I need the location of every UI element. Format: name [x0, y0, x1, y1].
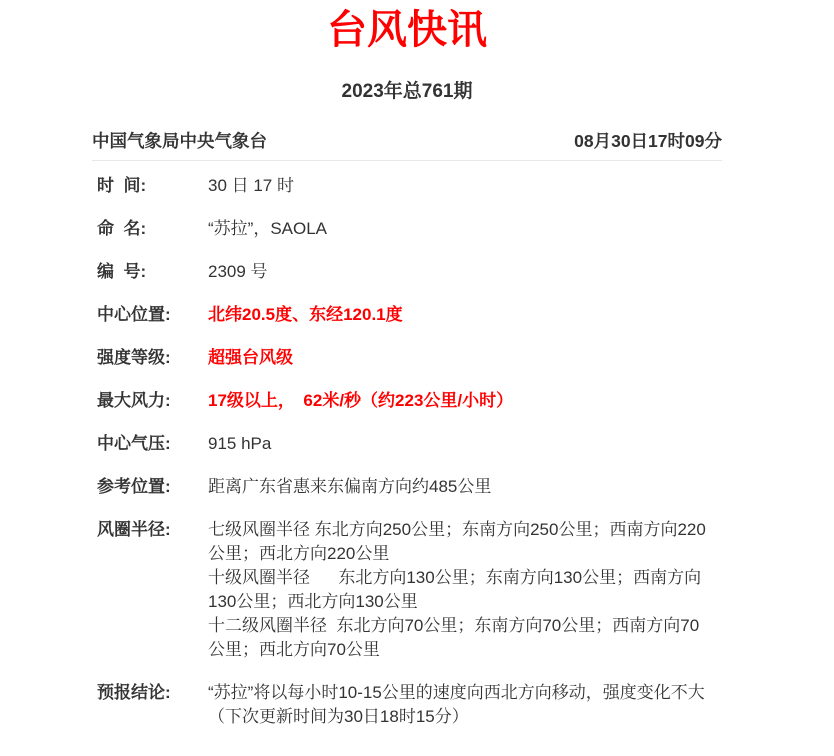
field-label: 编 号:	[97, 260, 208, 284]
field-value: 超强台风级	[208, 346, 713, 370]
field-label: 中心气压:	[97, 432, 208, 456]
field-value: 2309 号	[208, 260, 713, 284]
field-value: 17级以上， 62米/秒（约223公里/小时）	[208, 389, 713, 413]
field-row: 中心位置: 北纬20.5度、东经120.1度	[97, 303, 722, 327]
page-title: 台风快讯	[92, 6, 722, 54]
field-label: 中心位置:	[97, 303, 208, 327]
field-row: 预报结论: “苏拉”将以每小时10-15公里的速度向西北方向移动，强度变化不大 …	[97, 681, 722, 729]
field-label: 最大风力:	[97, 389, 208, 413]
field-value: “苏拉”将以每小时10-15公里的速度向西北方向移动，强度变化不大 （下次更新时…	[208, 681, 713, 729]
field-row: 参考位置: 距离广东省惠来东偏南方向约485公里	[97, 475, 722, 499]
field-row: 风圈半径: 七级风圈半径 东北方向250公里；东南方向250公里；西南方向220…	[97, 518, 722, 662]
field-row: 最大风力: 17级以上， 62米/秒（约223公里/小时）	[97, 389, 722, 413]
field-label: 风圈半径:	[97, 518, 208, 542]
field-row: 编 号: 2309 号	[97, 260, 722, 284]
field-label: 预报结论:	[97, 681, 208, 705]
field-label: 时 间:	[97, 174, 208, 198]
issue-number: 2023年总761期	[92, 80, 722, 103]
field-label: 强度等级:	[97, 346, 208, 370]
field-row: 强度等级: 超强台风级	[97, 346, 722, 370]
agency-name: 中国气象局中央气象台	[92, 129, 267, 153]
field-value: “苏拉”，SAOLA	[208, 217, 713, 241]
field-value: 七级风圈半径 东北方向250公里；东南方向250公里；西南方向220公里；西北方…	[208, 518, 713, 662]
field-value: 距离广东省惠来东偏南方向约485公里	[208, 475, 713, 499]
field-value: 北纬20.5度、东经120.1度	[208, 303, 713, 327]
field-label: 命 名:	[97, 217, 208, 241]
fields-list: 时 间: 30 日 17 时 命 名: “苏拉”，SAOLA 编 号: 2309…	[92, 174, 722, 729]
bulletin-header: 中国气象局中央气象台 08月30日17时09分	[92, 129, 722, 161]
field-row: 命 名: “苏拉”，SAOLA	[97, 217, 722, 241]
publish-time: 08月30日17时09分	[574, 129, 722, 153]
field-value: 915 hPa	[208, 432, 713, 456]
field-row: 中心气压: 915 hPa	[97, 432, 722, 456]
field-row: 时 间: 30 日 17 时	[97, 174, 722, 198]
field-label: 参考位置:	[97, 475, 208, 499]
field-value: 30 日 17 时	[208, 174, 713, 198]
bulletin-page: 台风快讯 2023年总761期 中国气象局中央气象台 08月30日17时09分 …	[92, 6, 722, 729]
